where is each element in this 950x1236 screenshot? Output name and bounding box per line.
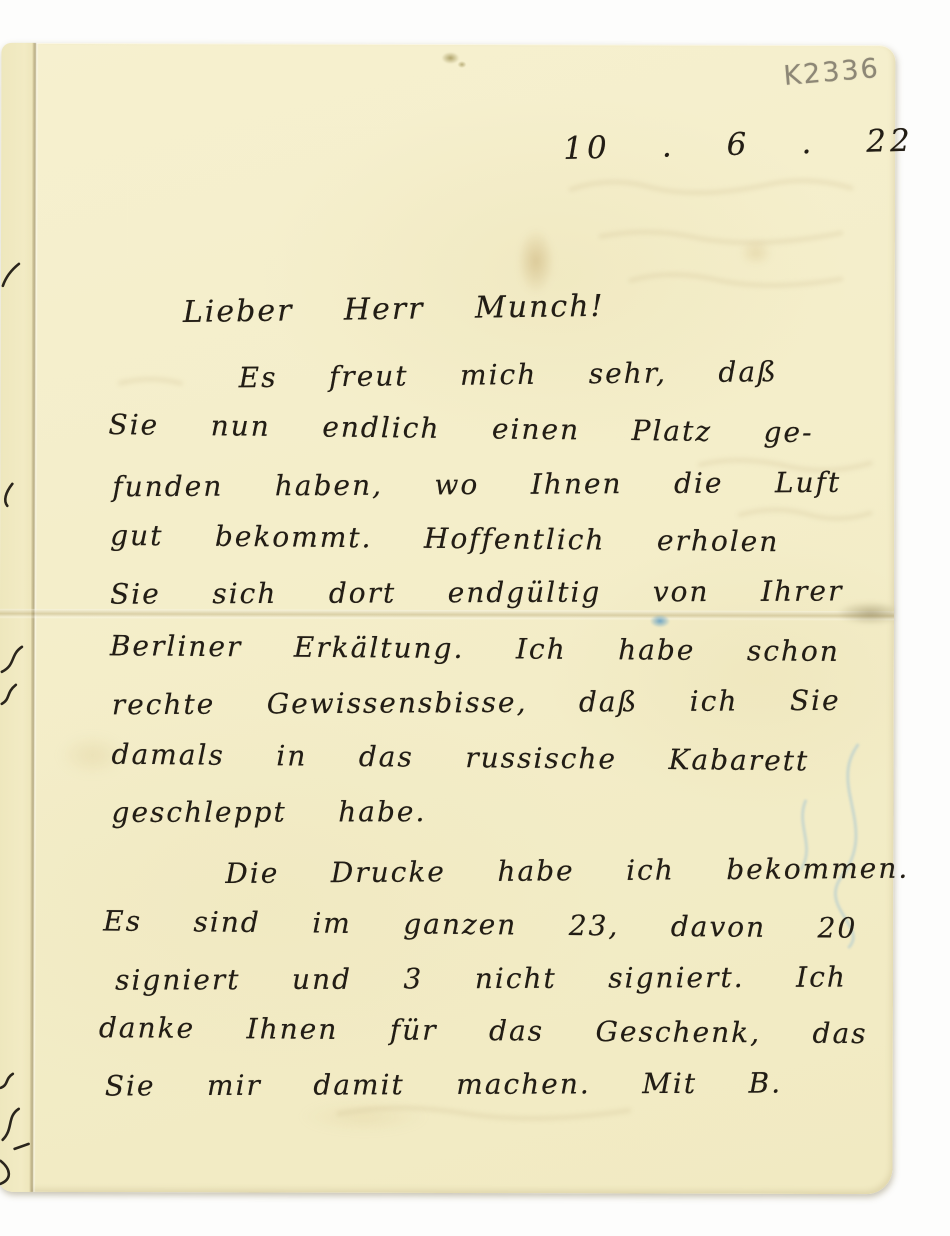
paper-stain (457, 61, 466, 68)
body-line: Sie sich dort endgültig von Ihrer (110, 574, 844, 610)
catalog-number: K2336 (782, 53, 881, 92)
body-line: damals in das russische Kabarett (111, 738, 809, 778)
body-line: danke Ihnen für das Geschenk, das (99, 1011, 868, 1050)
body-line: rechte Gewissensbisse, daß ich Sie (112, 684, 841, 721)
body-line: Sie mir damit machen. Mit B. (105, 1067, 782, 1103)
fold-smudge (836, 601, 894, 625)
body-line: Es sind im ganzen 23, davon 20 (103, 904, 857, 944)
paper-stain (441, 52, 459, 64)
letter-page: K2336 10 . 6 . 22 Lieber Herr Munch! Es … (0, 43, 896, 1194)
paper-stain (739, 239, 773, 267)
salutation-line: Lieber Herr Munch! (183, 289, 605, 330)
body-line: signiert und 3 nicht signiert. Ich (115, 960, 847, 996)
body-line: Es freut mich sehr, daß (238, 355, 777, 394)
scanned-letter-image: K2336 10 . 6 . 22 Lieber Herr Munch! Es … (0, 0, 950, 1236)
body-line: Die Drucke habe ich bekommen. (225, 852, 909, 890)
body-line: gut bekommt. Hoffentlich erholen (110, 519, 779, 558)
body-line: Sie nun endlich einen Platz ge- (108, 408, 813, 449)
paper-stain (517, 228, 555, 294)
horizontal-fold-crease (0, 609, 894, 621)
date-line: 10 . 6 . 22 (563, 123, 914, 167)
blue-ink-spot (650, 615, 670, 628)
body-line: Berliner Erkältung. Ich habe schon (110, 629, 840, 668)
paper-stain (299, 1100, 429, 1134)
body-line: geschleppt habe. (111, 795, 426, 829)
body-line: funden haben, wo Ihnen die Luft (112, 466, 841, 503)
